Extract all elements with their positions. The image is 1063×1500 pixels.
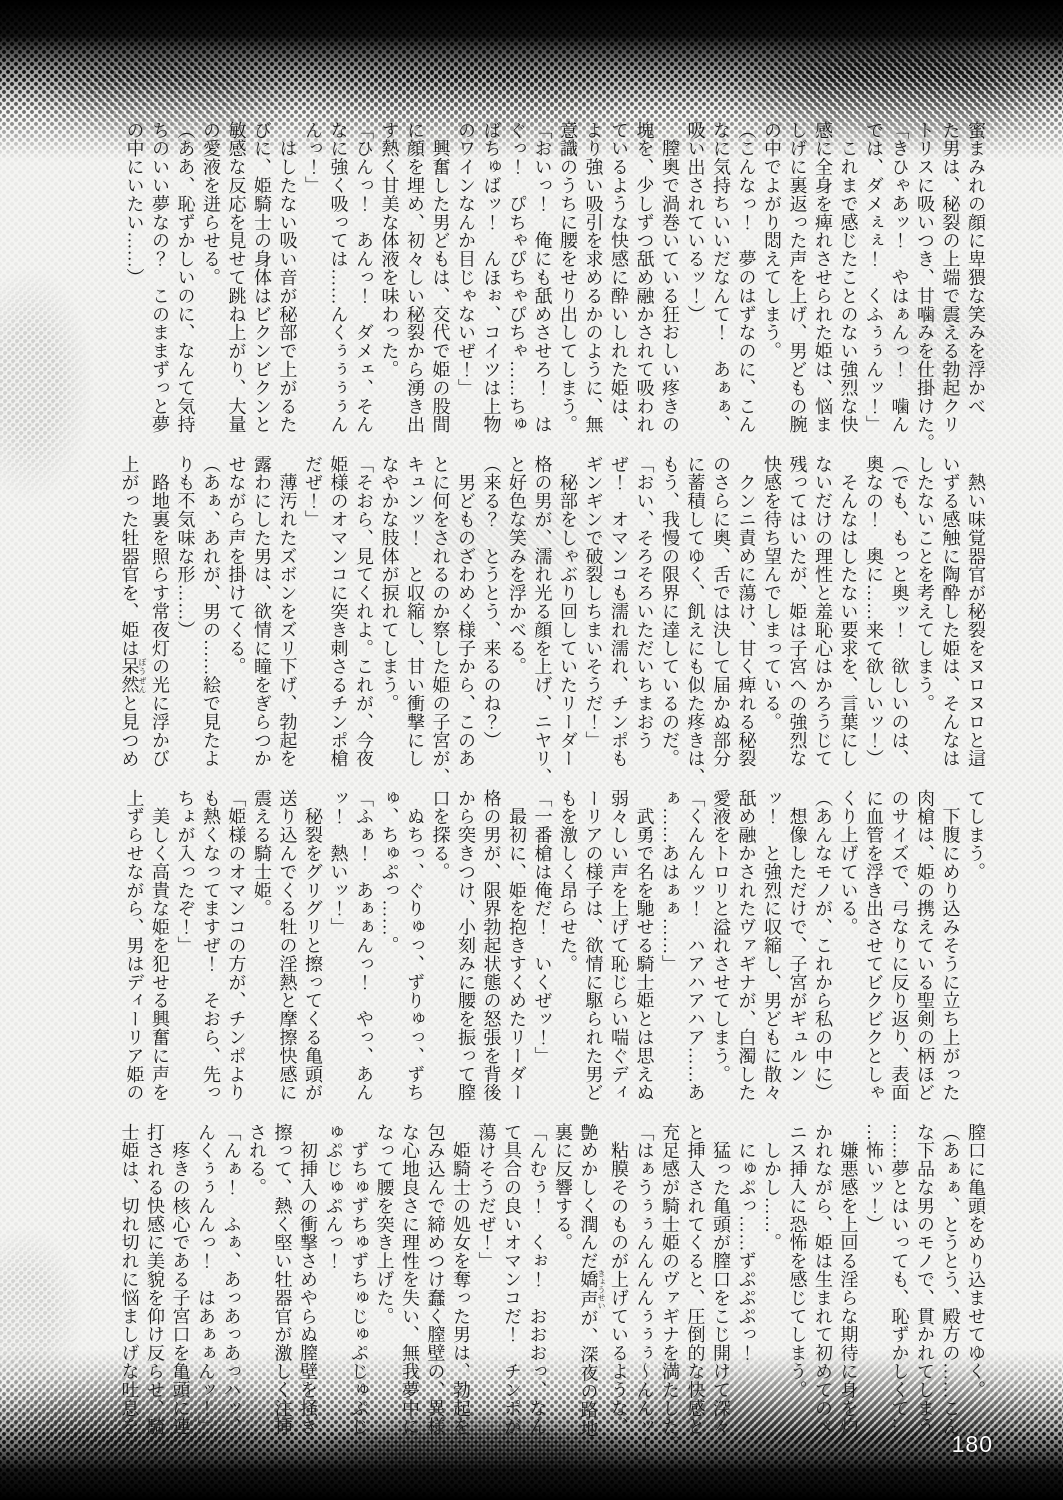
text-line: される。 (244, 1123, 270, 1457)
text-line: いずる感触に陶酔した姫は、そんなは (937, 455, 963, 789)
text-line: 「そおら、見てくれよ。これが、今夜 (351, 455, 377, 789)
text-line: 男どものざわめく様子から、このあ (453, 455, 479, 789)
text-line: 「きひゃあッ！ やはぁんっ！ 噛ん (886, 121, 912, 455)
text-line: から突きつけ、小刻みに腰を振って膣 (453, 789, 479, 1123)
text-line: 吸い出されているッ！） (682, 121, 708, 455)
text-line: んっ！」 (300, 121, 326, 455)
text-line: 感に全身を痺れさせられた姫は、悩ま (810, 121, 836, 455)
text-line: かれながら、姫は生まれて初めてのペ (810, 1123, 836, 1457)
text-line: しげに裏返った声を上げ、男どもの腕 (784, 121, 810, 455)
text-line: 「くんんんッ！ ハアハアハア……あ (682, 789, 708, 1123)
text-line: ないだけの理性と羞恥心はかろうじて (810, 455, 836, 789)
text-line: 充足感が騎士姫のヴァギナを満たした。 (657, 1123, 683, 1457)
text-line: （あぁぁ、とうとう、殿方の……こん (937, 1123, 963, 1457)
text-line: た男は、秘裂の上端で震える勃起クリ (937, 121, 963, 455)
text-line: の愛液を迸らせる。 (198, 121, 224, 455)
text-line: ぁ……あはぁぁ……」 (657, 789, 683, 1123)
text-line: 秘部をしゃぶり回していたリーダー (555, 455, 581, 789)
text-area: 蜜まみれの顔に卑猥な笑みを浮かべた男は、秘裂の上端で震える勃起クリトリスに吸いつ… (120, 121, 988, 1457)
text-line: 薄汚れたズボンをズリ下げ、勃起を (274, 455, 300, 789)
text-line: ぜ！ オマンコも濡れ濡れ、チンポも (606, 455, 632, 789)
text-line: ゅ、ちゅぷっ……。 (376, 789, 402, 1123)
text-line: これまで感じたことのない強烈な快 (835, 121, 861, 455)
text-line: だぜ！」 (300, 455, 326, 789)
text-block-4: 膣口に亀頭をめり込ませてゆく。（あぁぁ、とうとう、殿方の……こんな下品な男のモノ… (120, 1123, 988, 1457)
text-line: せながら声を掛けてくる。 (223, 455, 249, 789)
text-line: なって腰を突き上げた。 (371, 1123, 397, 1457)
text-line: クンニ責めに蕩け、甘く痺れる秘裂 (733, 455, 759, 789)
text-line: ッ！ 熱いッ！」 (325, 789, 351, 1123)
text-line: …怖いッ！） (861, 1123, 887, 1457)
page-number: 180 (952, 1431, 993, 1458)
text-line: ゅぷじゅぷんっ！ (320, 1123, 346, 1457)
text-line: もを激しく昂らせた。 (555, 789, 581, 1123)
text-line: と好色な笑みを浮かべる。 (504, 455, 530, 789)
text-line: 格の男が、限界勃起状態の怒張を背後 (478, 789, 504, 1123)
text-line: なに気持ちいいだなんて！ あぁぁ、 (708, 121, 734, 455)
text-line: 「ひんっ！ あんっ！ ダメェ、そん (351, 121, 377, 455)
text-line: ……夢とはいっても、恥ずかしくて… (886, 1123, 912, 1457)
text-line: 興奮した男どもは、交代で姫の股間 (427, 121, 453, 455)
text-line: 姫騎士の処女を奪った男は、勃起を (448, 1123, 474, 1457)
text-line: 塊を、少しずつ舐め融かされて吸われ (631, 121, 657, 455)
text-line: では、ダメぇぇ！ くふぅぅんッ！」 (861, 121, 887, 455)
text-line: 愛液をトロリと溢れさせてしまう。 (708, 789, 734, 1123)
text-line: 露わにした男は、欲情に瞳をぎらつか (249, 455, 275, 789)
text-line: ているような快感に酔いしれた姫は、 (606, 121, 632, 455)
text-line: ばちゅばッ！ んほぉ、コイツは上物 (478, 121, 504, 455)
text-line: 上がった牡器官を、姫は呆然ぼうぜんと見つめ (116, 455, 147, 789)
text-line: のワインなんか目じゃないぜ！」 (453, 121, 479, 455)
text-line: （ああ、恥ずかしいのに、なんて気持 (172, 121, 198, 455)
text-line: 「一番槍は俺だ！ いくぜッ！」 (529, 789, 555, 1123)
text-line: しかし……。 (759, 1123, 785, 1457)
text-line: ーリアの様子は、欲情に駆られた男ど (580, 789, 606, 1123)
text-line: ぬちっ、ぐりゅっ、ずりゅっ、ずち (402, 789, 428, 1123)
text-line: に顔を埋め、初々しい秘裂から湧き出 (402, 121, 428, 455)
text-line: 意識のうちに腰をせり出してしまう。 (555, 121, 581, 455)
text-line: 想像しただけで、子宮がギュルン (784, 789, 810, 1123)
text-line: 秘裂をグリグリと擦ってくる亀頭が (300, 789, 326, 1123)
text-line: 武勇で名を馳せる騎士姫とは思えぬ (631, 789, 657, 1123)
text-line: 快感を待ち望んでしまっている。 (759, 455, 785, 789)
text-line: 弱々しい声を上げて恥じらい喘ぐディ (606, 789, 632, 1123)
text-line: 膣奥で渦巻いている狂おしい疼きの (657, 121, 683, 455)
text-line: 膣口に亀頭をめり込ませてゆく。 (963, 1123, 989, 1457)
text-line: 疼きの核心である子宮口を亀頭に連 (167, 1123, 193, 1457)
text-line: ぐっ！ ぴちゃぴちゃぴちゃ……ちゅ (504, 121, 530, 455)
text-line: の中でよがり悶えてしまう。 (759, 121, 785, 455)
text-line: 打される快感に美貌を仰け反らせ、騎 (142, 1123, 168, 1457)
text-line: びに、姫騎士の身体はビクンビクンと (249, 121, 275, 455)
text-line: のサイズで、弓なりに反り返り、表面 (886, 789, 912, 1123)
text-line: （あぁ、あれが、男の……絵で見たよ (198, 455, 224, 789)
text-line: ずちゅずちゅずちゅじゅぷじゅぷじ (346, 1123, 372, 1457)
text-line: とに何をされるのか察した姫の子宮が、 (427, 455, 453, 789)
text-line: 下腹にめり込みそうに立ち上がった (937, 789, 963, 1123)
text-line: 震える騎士姫。 (249, 789, 275, 1123)
text-line: んくぅぅんんっ！ はあぁぁんッ！」 (193, 1123, 219, 1457)
text-line: 美しく高貴な姫を犯せる興奮に声を (147, 789, 173, 1123)
text-line: 粘膜そのものが上げているような、 (606, 1123, 632, 1457)
text-line: 士姫は、切れ切れに悩ましげな吐息を (116, 1123, 142, 1457)
text-line: したないことを考えてしまう。 (912, 455, 938, 789)
scanned-book-page: 蜜まみれの顔に卑猥な笑みを浮かべた男は、秘裂の上端で震える勃起クリトリスに吸いつ… (0, 0, 1063, 1500)
text-line: の中にいたい……） (121, 121, 147, 455)
text-line: 姫様のオマンコに突き刺さるチンポ槍 (325, 455, 351, 789)
text-line: 口を探る。 (427, 789, 453, 1123)
text-line: 「姫様のオマンコの方が、チンポより (223, 789, 249, 1123)
text-line: 裏に反響する。 (550, 1123, 576, 1457)
text-line: ッ！ と強烈に収縮し、男どもに散々 (759, 789, 785, 1123)
text-line: 肉槍は、姫の携えている聖剣の柄ほど (912, 789, 938, 1123)
text-line: トリスに吸いつき、甘噛みを仕掛けた。 (912, 121, 938, 455)
text-block-1: 蜜まみれの顔に卑猥な笑みを浮かべた男は、秘裂の上端で震える勃起クリトリスに吸いつ… (120, 121, 988, 455)
text-line: 敏感な反応を見せて跳ね上がり、大量 (223, 121, 249, 455)
text-line: （来る？ とうとう、来るのね？） (478, 455, 504, 789)
text-line: てしまう。 (963, 789, 989, 1123)
text-line: もう、我慢の限界に達しているのだ。 (657, 455, 683, 789)
text-line: 「ふぁ！ あぁぁんっ！ やっ、あん (351, 789, 377, 1123)
text-line: 嫌悪感を上回る淫らな期待に身を灼 (835, 1123, 861, 1457)
text-line: 蕩けそうだぜ！」 (473, 1123, 499, 1457)
text-line: 舐め融かされたヴァギナが、白濁した (733, 789, 759, 1123)
text-line: 「おいっ！ 俺にも舐めさせろ！ は (529, 121, 555, 455)
text-block-2: 熱い味覚器官が秘裂をヌロヌロと這いずる感触に陶酔した姫は、そんなはしたないことを… (120, 455, 988, 789)
text-line: りも不気味な形……） (172, 455, 198, 789)
text-line: 上ずらせながら、男はディーリア姫の (121, 789, 147, 1123)
text-line: す熱く甘美な体液を味わった。 (376, 121, 402, 455)
text-line: 「はぁうぅぅんんんんぅぅぅ～んんッ！」 (631, 1123, 657, 1457)
text-line: にゅぷっ……ずぷぷぷっ！ (733, 1123, 759, 1457)
text-line: と挿入されてくると、圧倒的な快感と (682, 1123, 708, 1457)
text-line: な心地良さに理性を失い、無我夢中に (397, 1123, 423, 1457)
text-line: 「んむぅ！ くぉ！ おおおっ、なん (524, 1123, 550, 1457)
text-line: ニス挿入に恐怖を感じてしまう。 (784, 1123, 810, 1457)
text-block-3: てしまう。 下腹にめり込みそうに立ち上がった肉槍は、姫の携えている聖剣の柄ほどの… (120, 789, 988, 1123)
text-line: 艶めかしく潤んだ嬌声きょうせいが、深夜の路地 (575, 1123, 606, 1457)
text-line: はしたない吸い音が秘部で上がるた (274, 121, 300, 455)
text-line: ちのいい夢なの？ このままずっと夢 (147, 121, 173, 455)
text-line: なやかな肢体が捩れてしまう。 (376, 455, 402, 789)
text-line: のさらに奥、舌では決して届かぬ部分 (708, 455, 734, 789)
text-line: なに強く吸っては……んくぅぅぅぅん (325, 121, 351, 455)
text-line: な下品な男のモノで、貫かれてしまう (912, 1123, 938, 1457)
text-line: 残ってはいたが、姫は子宮への強烈な (784, 455, 810, 789)
text-line: て具合の良いオマンコだ！ チンポが (499, 1123, 525, 1457)
text-line: （こんなっ！ 夢のはずなのに、こん (733, 121, 759, 455)
text-line: キュンッ！ と収縮し、甘い衝撃にし (402, 455, 428, 789)
text-line: そんなはしたない要求を、言葉にし (835, 455, 861, 789)
text-line: 擦って、熱く堅い牡器官が激しく注挿 (269, 1123, 295, 1457)
text-line: も熱くなってますぜ！ そおら、先っ (198, 789, 224, 1123)
text-line: 初挿入の衝撃さめやらぬ膣壁を掻き (295, 1123, 321, 1457)
text-line: （あんなモノが、これから私の中に） (810, 789, 836, 1123)
text-line: より強い吸引を求めるかのように、無 (580, 121, 606, 455)
text-line: 最初に、姫を抱きすくめたリーダー (504, 789, 530, 1123)
text-line: に血管を浮き出させてビクビクとしゃ (861, 789, 887, 1123)
text-line: 奥なの！ 奥に……来て欲しいッ！） (861, 455, 887, 789)
text-line: （でも、もっと奥ッ！ 欲しいのは、 (886, 455, 912, 789)
text-line: 「おい、そろそろいただいちまおう (631, 455, 657, 789)
text-line: くり上げている。 (835, 789, 861, 1123)
text-line: 包み込んで締めつけ蠢く膣壁の、異様 (422, 1123, 448, 1457)
text-line: 格の男が、濡れ光る顔を上げ、ニヤリ、 (529, 455, 555, 789)
text-line: 熱い味覚器官が秘裂をヌロヌロと這 (963, 455, 989, 789)
text-line: ギンギンで破裂しちまいそうだ！」 (580, 455, 606, 789)
text-line: 送り込んでくる牡の淫熱と摩擦快感に (274, 789, 300, 1123)
text-line: 路地裏を照らす常夜灯の光に浮かび (147, 455, 173, 789)
text-line: ちょが入ったぞ！」 (172, 789, 198, 1123)
text-line: 「んぁ！ ふぁ、あっあっあっハッ、 (218, 1123, 244, 1457)
text-line: 猛った亀頭が膣口をこじ開けて深々 (708, 1123, 734, 1457)
text-line: に蓄積してゆく、飢えにも似た疼きは、 (682, 455, 708, 789)
text-line: 蜜まみれの顔に卑猥な笑みを浮かべ (963, 121, 989, 455)
halftone-smudge (0, 265, 95, 505)
